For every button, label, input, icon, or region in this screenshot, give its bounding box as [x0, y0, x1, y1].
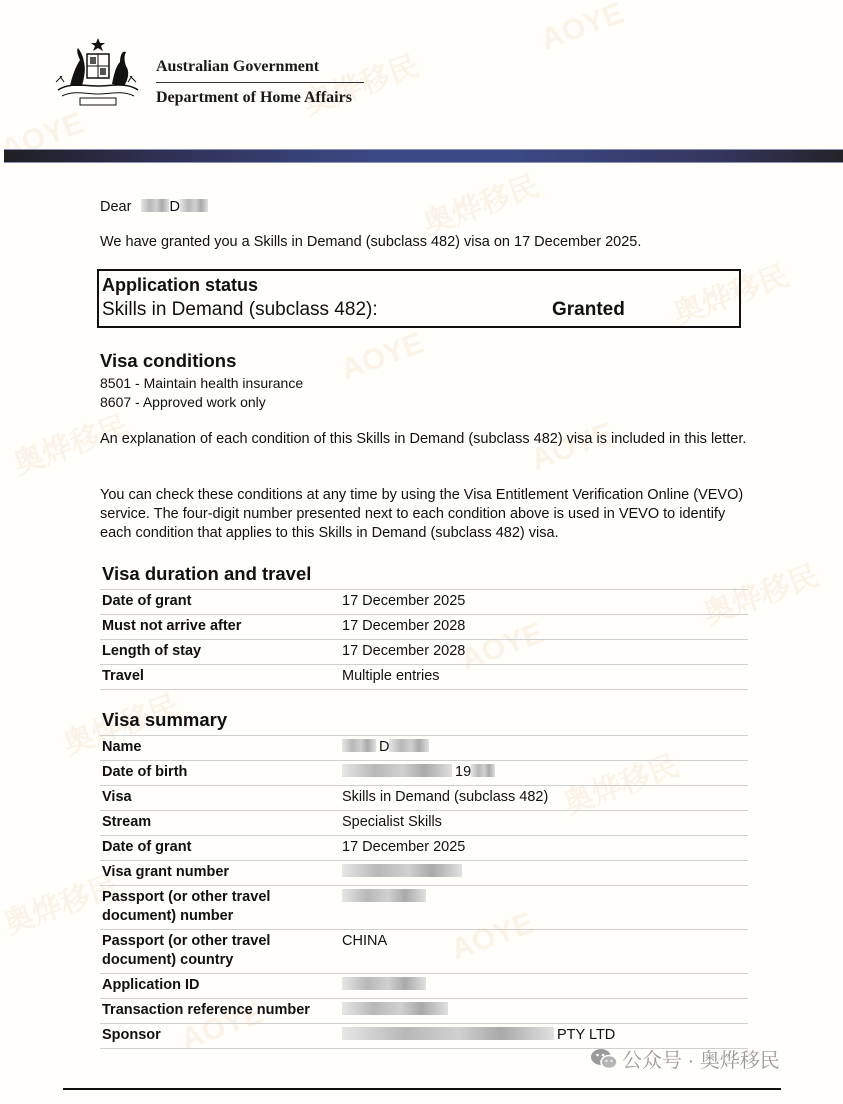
redacted-block	[342, 764, 452, 777]
redacted-block	[342, 977, 426, 990]
letterhead: Australian Government Department of Home…	[0, 0, 843, 150]
table-row: Transaction reference number	[100, 999, 748, 1024]
row-value: Multiple entries	[340, 665, 748, 690]
row-label: Date of grant	[100, 590, 340, 615]
coat-of-arms-icon	[50, 36, 146, 114]
table-row: NameD	[100, 736, 748, 761]
table-row: Application ID	[100, 974, 748, 999]
row-value: 19	[340, 761, 748, 786]
row-value: Specialist Skills	[340, 811, 748, 836]
visa-duration-table: Date of grant17 December 2025Must not ar…	[100, 589, 748, 690]
row-value: D	[340, 736, 748, 761]
row-label: Date of birth	[100, 761, 340, 786]
table-row: Date of birth19	[100, 761, 748, 786]
government-name: Australian Government	[156, 58, 364, 76]
redacted-block	[342, 889, 426, 902]
condition-item: 8501 - Maintain health insurance	[100, 374, 303, 393]
greeting-name: D	[169, 199, 179, 215]
application-status-box: Application status Skills in Demand (sub…	[97, 269, 741, 328]
table-row: Visa grant number	[100, 861, 748, 886]
row-value: CHINA	[340, 930, 748, 974]
row-label: Must not arrive after	[100, 615, 340, 640]
department-name: Department of Home Affairs	[156, 89, 364, 107]
grant-sentence: We have granted you a Skills in Demand (…	[100, 234, 641, 250]
visa-duration-title: Visa duration and travel	[102, 563, 311, 585]
visa-conditions-title: Visa conditions	[100, 350, 236, 372]
value-text: D	[379, 739, 389, 755]
vevo-note: You can check these conditions at any ti…	[100, 486, 748, 543]
row-label: Passport (or other travel document) numb…	[100, 886, 340, 930]
footer-rule	[63, 1088, 781, 1090]
visa-summary-table: NameDDate of birth19VisaSkills in Demand…	[100, 735, 748, 1049]
redacted-block	[342, 1027, 554, 1040]
redacted-block	[180, 199, 208, 212]
wechat-icon	[590, 1048, 618, 1070]
table-row: Passport (or other travel document) coun…	[100, 930, 748, 974]
row-label: Transaction reference number	[100, 999, 340, 1024]
row-label: Length of stay	[100, 640, 340, 665]
redacted-block	[342, 864, 462, 877]
table-row: Must not arrive after17 December 2028	[100, 615, 748, 640]
table-row: Length of stay17 December 2028	[100, 640, 748, 665]
conditions-list: 8501 - Maintain health insurance 8607 - …	[100, 374, 303, 412]
row-value	[340, 886, 748, 930]
table-row: Date of grant17 December 2025	[100, 590, 748, 615]
row-value: 17 December 2025	[340, 590, 748, 615]
redacted-block	[389, 739, 429, 752]
signature-text: 公众号 · 奥烨移民	[622, 1050, 780, 1072]
redacted-block	[471, 764, 495, 777]
row-value	[340, 999, 748, 1024]
header-band	[4, 149, 843, 163]
visa-summary-title: Visa summary	[102, 709, 227, 731]
status-title: Application status	[102, 275, 739, 296]
status-label: Skills in Demand (subclass 482):	[102, 299, 378, 320]
divider	[156, 82, 364, 83]
table-row: VisaSkills in Demand (subclass 482)	[100, 786, 748, 811]
watermark: 奥烨移民	[416, 161, 544, 243]
table-row: Date of grant17 December 2025	[100, 836, 748, 861]
table-row: Passport (or other travel document) numb…	[100, 886, 748, 930]
value-text: PTY LTD	[557, 1027, 615, 1043]
status-badge: Granted	[552, 299, 625, 321]
row-label: Application ID	[100, 974, 340, 999]
row-value: 17 December 2028	[340, 640, 748, 665]
row-label: Travel	[100, 665, 340, 690]
row-value: 17 December 2028	[340, 615, 748, 640]
watermark: AOYE	[337, 326, 429, 387]
row-label: Date of grant	[100, 836, 340, 861]
row-label: Sponsor	[100, 1024, 340, 1049]
row-value: Skills in Demand (subclass 482)	[340, 786, 748, 811]
table-row: TravelMultiple entries	[100, 665, 748, 690]
row-value	[340, 861, 748, 886]
row-label: Passport (or other travel document) coun…	[100, 930, 340, 974]
row-value	[340, 974, 748, 999]
redacted-block	[342, 1002, 448, 1015]
greeting: Dear D	[100, 199, 208, 215]
row-value: 17 December 2025	[340, 836, 748, 861]
condition-item: 8607 - Approved work only	[100, 393, 303, 412]
table-row: StreamSpecialist Skills	[100, 811, 748, 836]
row-label: Visa	[100, 786, 340, 811]
wechat-signature: 公众号 · 奥烨移民	[590, 1044, 780, 1073]
redacted-block	[342, 739, 376, 752]
redacted-block	[141, 199, 169, 212]
row-label: Visa grant number	[100, 861, 340, 886]
value-text: 19	[455, 764, 471, 780]
row-label: Stream	[100, 811, 340, 836]
conditions-explanation: An explanation of each condition of this…	[100, 430, 748, 449]
row-label: Name	[100, 736, 340, 761]
greeting-prefix: Dear	[100, 199, 131, 215]
